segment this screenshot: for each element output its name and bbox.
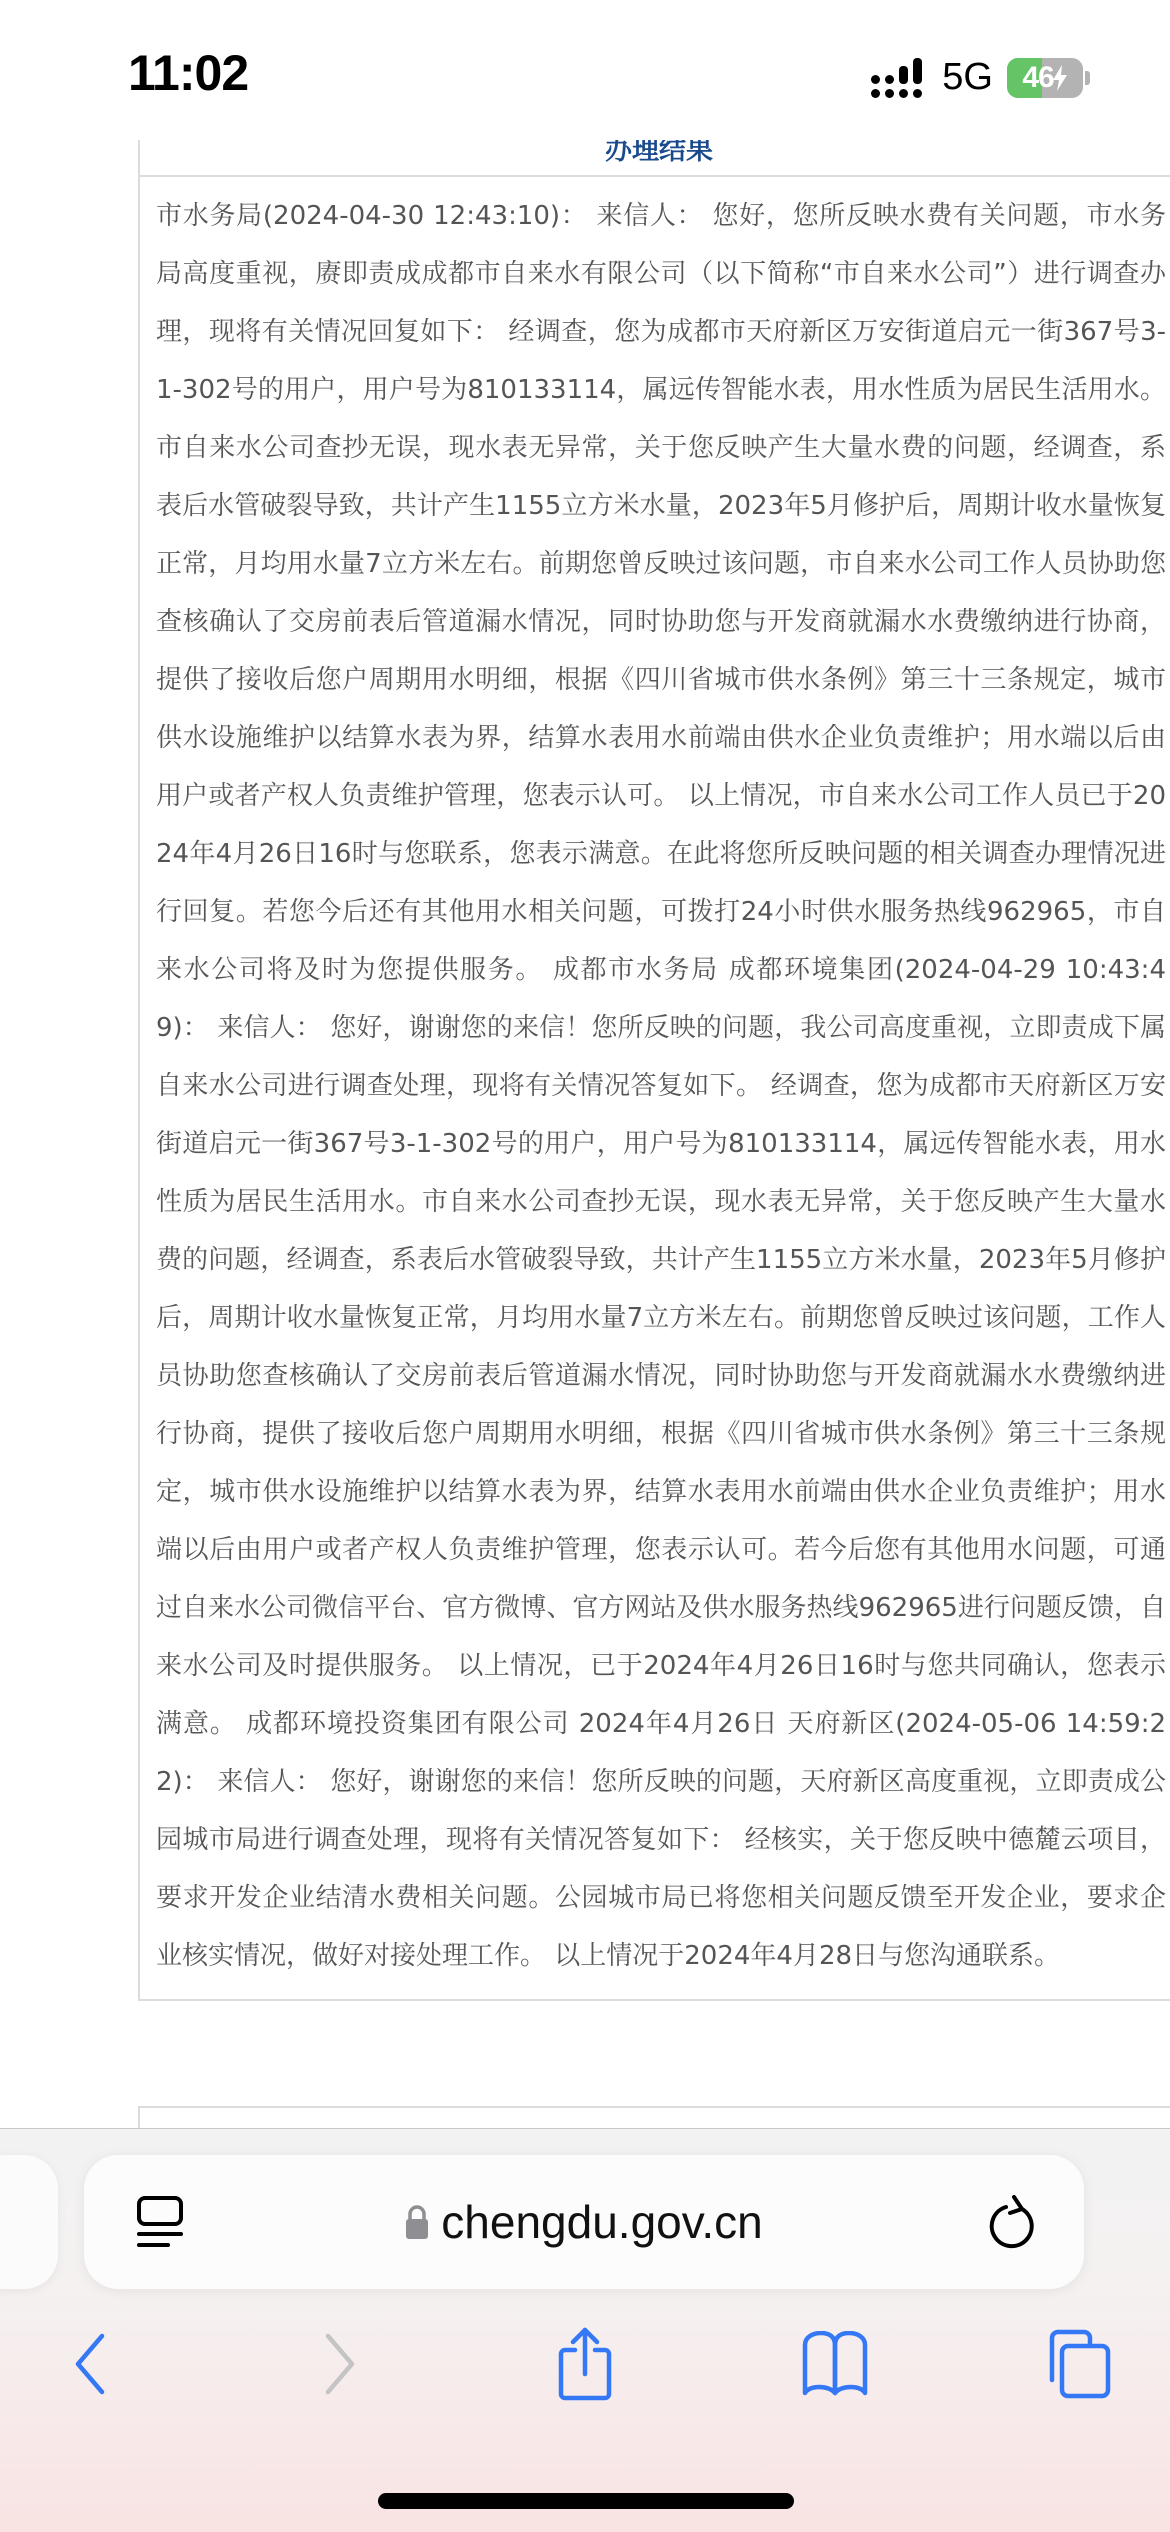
- chevron-right-icon: [322, 2332, 358, 2396]
- forward-button[interactable]: [300, 2309, 380, 2419]
- reload-icon: [986, 2193, 1042, 2253]
- page-menu-button[interactable]: [136, 2195, 186, 2249]
- result-panel: 办理结果 市水务局(2024-04-30 12:43:10)： 来信人： 您好，…: [138, 125, 1170, 2001]
- result-section-body: 市水务局(2024-04-30 12:43:10)： 来信人： 您好，您所反映水…: [140, 177, 1170, 1999]
- network-type: 5G: [942, 56, 993, 99]
- status-time: 11:02: [128, 44, 248, 102]
- book-icon: [799, 2331, 871, 2397]
- bookmarks-button[interactable]: [790, 2309, 880, 2419]
- tabs-icon: [1044, 2328, 1116, 2400]
- nav-buttons: [0, 2309, 1170, 2419]
- url-text[interactable]: chengdu.gov.cn: [441, 2195, 762, 2249]
- tabs-button[interactable]: [1030, 2309, 1130, 2419]
- battery-tip: [1085, 71, 1090, 85]
- charging-bolt-icon: [1052, 65, 1068, 91]
- browser-toolbar: chengdu.gov.cn: [0, 2128, 1170, 2532]
- share-icon: [555, 2326, 615, 2402]
- reload-button[interactable]: [986, 2193, 1042, 2253]
- page-menu-icon: [136, 2195, 186, 2249]
- back-button[interactable]: [50, 2309, 130, 2419]
- address-bar[interactable]: chengdu.gov.cn: [84, 2155, 1084, 2289]
- chevron-left-icon: [72, 2332, 108, 2396]
- battery-icon: 46: [1007, 58, 1083, 98]
- signal-icon: [871, 58, 922, 98]
- previous-tab-peek[interactable]: [0, 2155, 58, 2289]
- screen: 11:02 5G 46 办理结果 市水务局(2024-04-30 12:43:1…: [0, 0, 1170, 2532]
- home-indicator[interactable]: [378, 2493, 794, 2509]
- status-indicators: 5G 46: [871, 56, 1090, 99]
- battery-percent: 46: [1022, 61, 1053, 95]
- share-button[interactable]: [540, 2309, 630, 2419]
- lock-icon: [405, 2204, 429, 2240]
- status-bar: 11:02 5G 46: [0, 0, 1170, 140]
- url-display: chengdu.gov.cn: [84, 2155, 1084, 2289]
